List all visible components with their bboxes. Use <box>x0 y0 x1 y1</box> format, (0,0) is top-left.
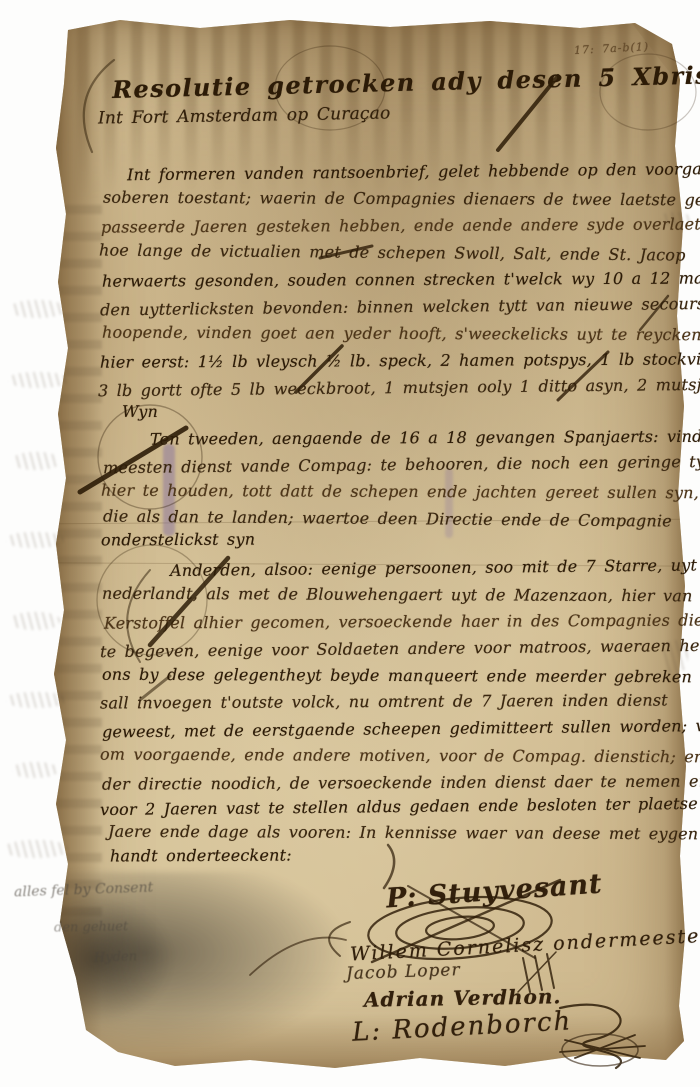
manuscript-line: geweest, met de eerstgaende scheepen ged… <box>102 716 700 742</box>
pencil-note: alles fel by Consent <box>14 880 154 901</box>
manuscript-line: onderstelickst syn <box>101 530 255 550</box>
manuscript-line: soberen toestant; waerin de Compagnies d… <box>103 188 700 210</box>
manuscript-line: 3 lb gortt ofte 5 lb weeckbroot, 1 mutsj… <box>98 375 700 401</box>
manuscript-line: die als dan te landen; waertoe deen Dire… <box>103 507 672 531</box>
document-heading: Resolutie getrocken ady desen 5 Xbris A°… <box>112 57 700 104</box>
closing-line: handt onderteeckent: <box>110 846 292 866</box>
manuscript-line: nederlandt, als met de Blouwehengaert uy… <box>102 584 693 606</box>
manuscript-line: hoopende, vinden goet aen yeder hooft, s… <box>102 323 700 345</box>
manuscript-line: om voorgaende, ende andere motiven, voor… <box>100 745 700 767</box>
signature-stuyvesant: P: Stuyvesant <box>385 868 603 914</box>
manuscript-line: Kerstoffel alhier gecomen, versoeckende … <box>104 610 700 632</box>
manuscript-line: Ten tweeden, aengaende de 16 a 18 gevang… <box>150 426 700 448</box>
manuscript-line: sall invoegen t'outste volck, nu omtrent… <box>100 691 668 713</box>
manuscript-line: voor 2 Jaeren vast te stellen aldus geda… <box>100 794 698 819</box>
manuscript-line: Wyn <box>122 402 158 421</box>
closing-line: Jaere ende dage als vooren: In kennisse … <box>108 822 698 844</box>
pencil-note: den gehuet <box>54 919 128 935</box>
manuscript-line: hoe lange de victualien met de schepen S… <box>99 240 686 264</box>
manuscript-text-layer: 17: 7a-b(1) Resolutie getrocken ady dese… <box>0 0 700 1087</box>
manuscript-line: meesten dienst vande Compag: te behooren… <box>103 452 700 477</box>
manuscript-line: den uytterlicksten bevonden: binnen welc… <box>100 294 700 320</box>
manuscript-line: Int formeren vanden rantsoenbrief, gelet… <box>127 159 700 184</box>
manuscript-line: Anderden, alsoo: eenige persoonen, soo m… <box>170 555 700 580</box>
manuscript-line: herwaerts gesonden, souden connen streck… <box>102 268 700 290</box>
manuscript-line: ons by dese gelegentheyt beyde manqueert… <box>102 665 692 687</box>
pencil-note: Hyden <box>94 949 138 965</box>
document-subheading: Int Fort Amsterdam op Curaçao <box>98 103 391 128</box>
manuscript-line: der directie noodich, de versoeckende in… <box>102 771 700 793</box>
signature-jacob-loper: Jacob Loper <box>346 960 461 984</box>
archival-reference-mark: 17: 7a-b(1) <box>574 40 650 57</box>
manuscript-line: passeerde Jaeren gesteken hebben, ende a… <box>101 214 700 236</box>
signature-willem-cornelisz: Willem Cornelisz ondermeester <box>350 925 700 966</box>
manuscript-line: hier eerst: 1½ lb vleysch ½ lb. speck, 2… <box>100 349 700 371</box>
manuscript-line: hier te houden, tott datt de schepen end… <box>101 481 700 503</box>
manuscript-line: te begeven, eenige voor Soldaeten andere… <box>100 636 700 661</box>
scanned-manuscript: 17: 7a-b(1) Resolutie getrocken ady dese… <box>0 0 700 1087</box>
signature-rodenborch: L: Rodenborch <box>351 1006 573 1047</box>
